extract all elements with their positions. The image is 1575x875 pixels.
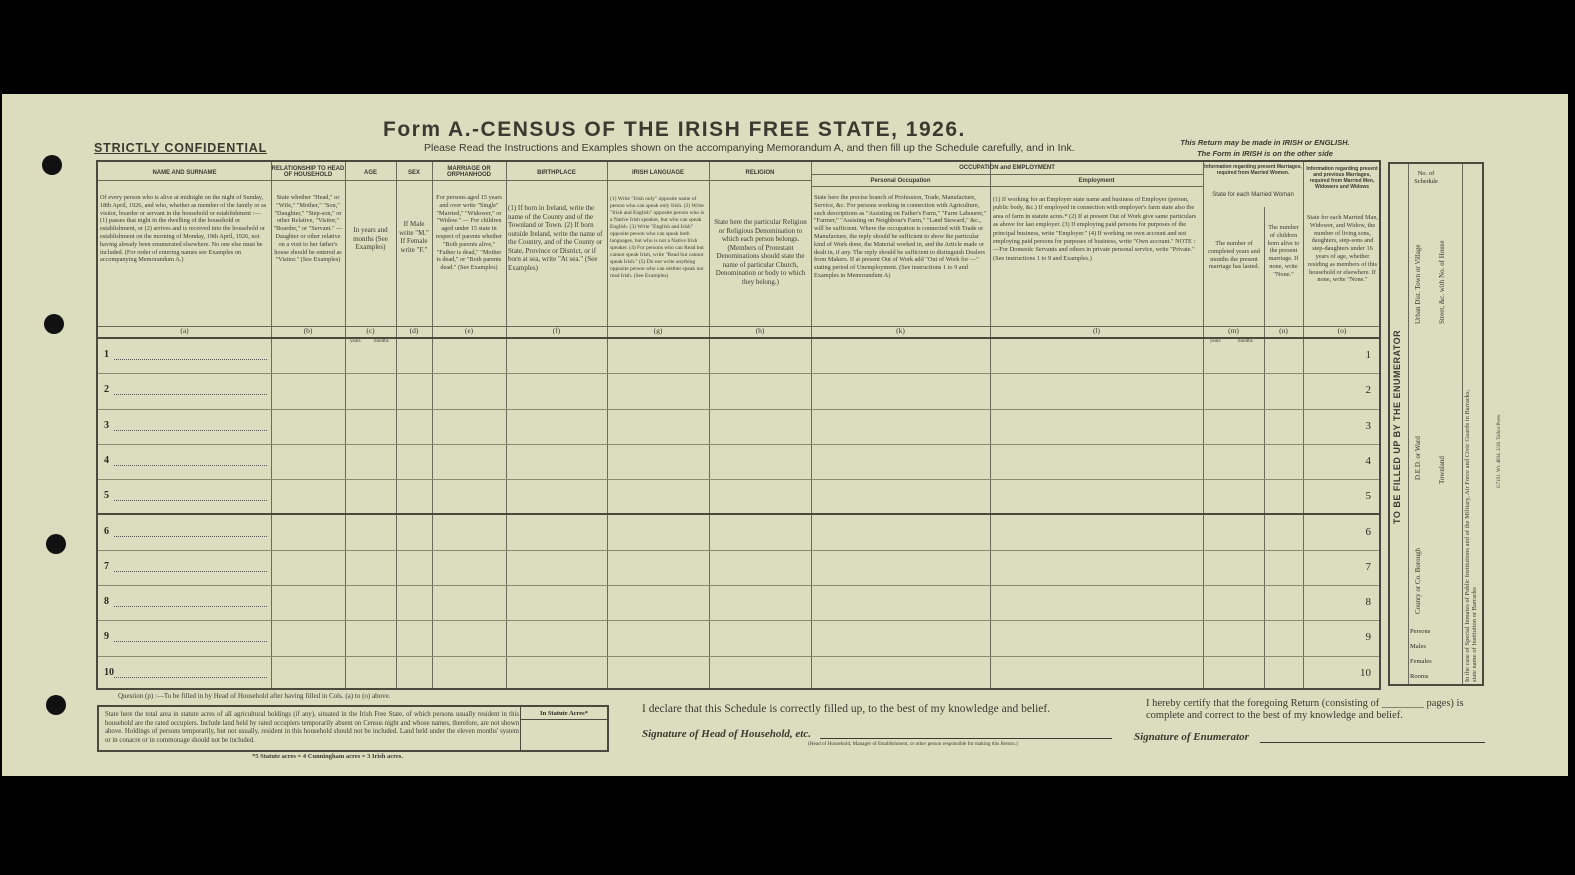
table-row[interactable]: 22	[98, 374, 1379, 409]
table-row[interactable]: 44	[98, 445, 1379, 480]
declaration: I declare that this Schedule is correctl…	[642, 703, 1050, 715]
punch-hole	[46, 695, 66, 715]
printer-imprint: G7191. Wt. 4834. 2/26. Talbot Press.	[1497, 414, 1502, 488]
head-signature-field[interactable]	[820, 738, 1112, 739]
punch-hole	[42, 155, 62, 175]
form-title: Form A.-CENSUS OF THE IRISH FREE STATE, …	[383, 118, 966, 142]
form-subtitle: Please Read the Instructions and Example…	[424, 142, 1075, 154]
entry-rows: 11 22 33 44 55 66 77 88 99 1010	[98, 339, 1379, 692]
confidential-label: STRICTLY CONFIDENTIAL	[94, 141, 267, 155]
enumerator-signature-field[interactable]	[1260, 742, 1485, 743]
punch-hole	[46, 534, 66, 554]
punch-hole	[44, 314, 64, 334]
question-p: Question (p) :—To be filled in by Head o…	[118, 692, 390, 700]
table-row[interactable]: 33	[98, 410, 1379, 445]
table-row[interactable]: 88	[98, 586, 1379, 621]
acres-note: *5 Statute acres = 4 Cunningham acres = …	[252, 753, 403, 760]
table-row[interactable]: 11	[98, 339, 1379, 374]
table-row[interactable]: 66	[98, 516, 1379, 551]
language-note: This Return may be made in IRISH or ENGL…	[1150, 137, 1380, 159]
certification: I hereby certify that the foregoing Retu…	[1146, 698, 1491, 722]
table-row[interactable]: 55	[98, 480, 1379, 515]
table-row[interactable]: 1010	[98, 657, 1379, 692]
census-table: NAME AND SURNAME RELATIONSHIP TO HEAD OF…	[96, 160, 1381, 690]
enumerator-section: TO BE FILLED UP BY THE ENUMERATOR No. of…	[1388, 162, 1484, 686]
acres-box: State here the total area in statute acr…	[97, 705, 609, 752]
head-signature-label: Signature of Head of Household, etc.	[642, 728, 811, 740]
table-row[interactable]: 99	[98, 621, 1379, 656]
enumerator-signature-label: Signature of Enumerator	[1134, 731, 1249, 743]
acres-input[interactable]: In Statute Acres*	[520, 707, 607, 750]
table-row[interactable]: 77	[98, 551, 1379, 586]
